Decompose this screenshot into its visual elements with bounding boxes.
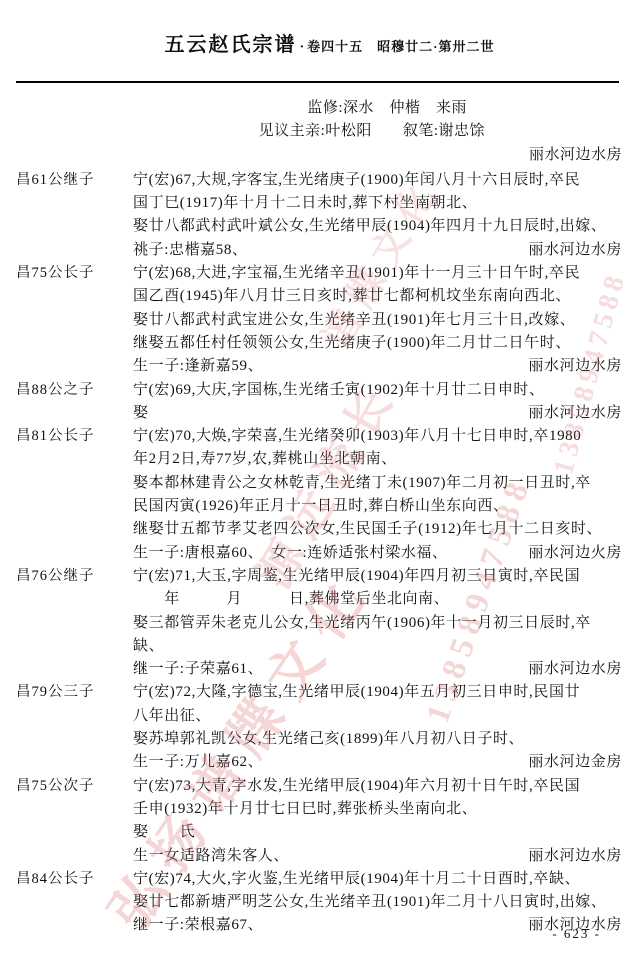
entry-line: 娶廿七都新塘严明芝公女,生光绪辛丑(1901)年二月十八日寅时,出嫁、 <box>133 891 622 914</box>
entry-line-text: 生一子:唐根嘉60、 女一:连娇适张村梁水福、 <box>133 542 448 565</box>
supervisors-line: 监修:深水 仲楷 来雨 <box>0 97 635 120</box>
page-title: 五云赵氏宗谱·卷四十五 昭穆廿二·第卅二世 <box>0 0 635 75</box>
entry-body: 宁(宏)69,大庆,字国栋,生光绪壬寅(1902)年十月廿二日申时、娶丽水河边水… <box>133 379 635 426</box>
entry-row: 昌79公三子 宁(宏)72,大隆,字德宝,生光绪甲辰(1904)年五月初三日申时… <box>0 681 635 774</box>
entry-body: 宁(宏)72,大隆,字德宝,生光绪甲辰(1904)年五月初三日申时,民国廿八年出… <box>133 681 635 774</box>
entry-line: 宁(宏)72,大隆,字德宝,生光绪甲辰(1904)年五月初三日申时,民国廿 <box>133 681 622 704</box>
entry-body: 宁(宏)67,大规,字客宝,生光绪庚子(1900)年闰八月十六日辰时,卒民国丁巳… <box>133 169 635 262</box>
branch-house-line: 丽水河边水房 <box>0 144 635 167</box>
entries: 昌61公继子 宁(宏)67,大规,字客宝,生光绪庚子(1900)年闰八月十六日辰… <box>0 169 635 938</box>
entry-line: 娶本都林建青公之女林乾青,生光绪丁未(1907)年二月初一日丑时,卒 <box>133 472 622 495</box>
header-divider <box>16 81 619 83</box>
entry-row: 昌88公之子 宁(宏)69,大庆,字国栋,生光绪壬寅(1902)年十月廿二日申时… <box>0 379 635 426</box>
entry-line: 民国丙寅(1926)年正月十一日丑时,葬白桥山坐东向西、 <box>133 495 622 518</box>
entry-line: 宁(宏)68,大进,字宝福,生光绪辛丑(1901)年十一月三十日午时,卒民 <box>133 262 622 285</box>
entry-row: 昌61公继子 宁(宏)67,大规,字客宝,生光绪庚子(1900)年闰八月十六日辰… <box>0 169 635 262</box>
house-name: 丽水河边水房 <box>528 355 622 378</box>
entry-label: 昌88公之子 <box>0 379 133 426</box>
entry-row: 昌84公长子 宁(宏)74,大火,字火鉴,生光绪甲辰(1904)年十月二十日酉时… <box>0 868 635 938</box>
entry-line: 年 月 日,葬佛堂后坐北向南、 <box>133 588 622 611</box>
house-name: 丽水河边金房 <box>528 751 622 774</box>
entry-body: 宁(宏)71,大玉,字周鉴,生光绪甲辰(1904)年四月初三日寅时,卒民国 年 … <box>133 565 635 681</box>
genealogy-page: 五云赵氏宗谱·卷四十五 昭穆廿二·第卅二世 监修:深水 仲楷 来雨 见议主亲:叶… <box>0 0 635 968</box>
entry-label: 昌84公长子 <box>0 868 133 938</box>
entry-line: 继一子:子荣嘉61、丽水河边水房 <box>133 658 622 681</box>
entry-body: 宁(宏)74,大火,字火鉴,生光绪甲辰(1904)年十月二十日酉时,卒缺、娶廿七… <box>133 868 635 938</box>
page-title-main: 五云赵氏宗谱 <box>164 34 296 56</box>
entry-line: 生一子:万儿嘉62、丽水河边金房 <box>133 751 622 774</box>
entry-line: 娶廿八都武村武叶斌公女,生光绪甲辰(1904)年四月十九日辰时,出嫁、 <box>133 215 622 238</box>
entry-body: 宁(宏)68,大进,字宝福,生光绪辛丑(1901)年十一月三十日午时,卒民国乙酉… <box>133 262 635 378</box>
entry-label: 昌76公继子 <box>0 565 133 681</box>
entry-line: 娶苏埠郭礼凯公女,生光绪己亥(1899)年八月初八日子时、 <box>133 728 622 751</box>
entry-line-text: 娶 <box>133 402 149 425</box>
page-title-separator: · <box>296 40 307 55</box>
entry-label: 昌79公三子 <box>0 681 133 774</box>
entry-line: 继一子:荣根嘉67、丽水河边水房 <box>133 914 622 937</box>
entry-row: 昌81公长子 宁(宏)70,大焕,字荣喜,生光绪癸卯(1903)年八月十七日申时… <box>0 425 635 565</box>
entry-line: 八年出征、 <box>133 705 622 728</box>
entry-line: 娶廿八都武村武宝进公女,生光绪辛丑(1901)年七月三十日,改嫁、 <box>133 309 622 332</box>
entry-line: 壬申(1932)年十月廿七日巳时,葬张桥头坐南向北、 <box>133 798 622 821</box>
entry-line: 继娶廿五都节孝艾老四公次女,生民国壬子(1912)年七月十二日亥时、 <box>133 518 622 541</box>
entry-line: 年2月2日,寿77岁,农,葬桃山坐北朝南、 <box>133 448 622 471</box>
entry-label: 昌75公长子 <box>0 262 133 378</box>
house-name: 丽水河边火房 <box>528 542 622 565</box>
house-name: 丽水河边水房 <box>528 845 622 868</box>
house-name: 丽水河边水房 <box>528 658 622 681</box>
entry-line: 生一子:逢新嘉59、丽水河边水房 <box>133 355 622 378</box>
entry-row: 昌75公次子 宁(宏)73,大青,字水发,生光绪甲辰(1904)年六月初十日午时… <box>0 775 635 868</box>
entry-line: 宁(宏)70,大焕,字荣喜,生光绪癸卯(1903)年八月十七日申时,卒1980 <box>133 425 622 448</box>
entry-line: 生一女适路湾朱客人、丽水河边水房 <box>133 845 622 868</box>
entry-line: 宁(宏)71,大玉,字周鉴,生光绪甲辰(1904)年四月初三日寅时,卒民国 <box>133 565 622 588</box>
entry-line: 继娶五都任村任领领公女,生光绪庚子(1900)年二月廿二日午时、 <box>133 332 622 355</box>
entry-line-text: 继一子:子荣嘉61、 <box>133 658 263 681</box>
entry-line: 娶三都管弄朱老克儿公女,生光绪丙午(1906)年十一月初三日辰时,卒 <box>133 612 622 635</box>
entry-line-text: 继一子:荣根嘉67、 <box>133 914 263 937</box>
entry-label: 昌81公长子 <box>0 425 133 565</box>
entry-body: 宁(宏)73,大青,字水发,生光绪甲辰(1904)年六月初十日午时,卒民国壬申(… <box>133 775 635 868</box>
entry-line: 国丁巳(1917)年十月十二日未时,葬下村坐南朝北、 <box>133 192 622 215</box>
entry-line-text: 生一子:逢新嘉59、 <box>133 355 263 378</box>
entry-line: 宁(宏)67,大规,字客宝,生光绪庚子(1900)年闰八月十六日辰时,卒民 <box>133 169 622 192</box>
entry-line: 宁(宏)73,大青,字水发,生光绪甲辰(1904)年六月初十日午时,卒民国 <box>133 775 622 798</box>
entry-line: 缺、 <box>133 635 622 658</box>
entry-label: 昌75公次子 <box>0 775 133 868</box>
house-name: 丽水河边水房 <box>528 239 622 262</box>
consultants-line: 见议主亲:叶松阳 叙笔:谢忠馀 <box>0 120 635 143</box>
entry-line-text: 生一女适路湾朱客人、 <box>133 845 289 868</box>
entry-line: 娶丽水河边水房 <box>133 402 622 425</box>
entry-row: 昌75公长子 宁(宏)68,大进,字宝福,生光绪辛丑(1901)年十一月三十日午… <box>0 262 635 378</box>
entry-row: 昌76公继子 宁(宏)71,大玉,字周鉴,生光绪甲辰(1904)年四月初三日寅时… <box>0 565 635 681</box>
page-title-sub: 卷四十五 昭穆廿二·第卅二世 <box>307 39 494 54</box>
entry-line: 宁(宏)74,大火,字火鉴,生光绪甲辰(1904)年十月二十日酉时,卒缺、 <box>133 868 622 891</box>
entry-line: 宁(宏)69,大庆,字国栋,生光绪壬寅(1902)年十月廿二日申时、 <box>133 379 622 402</box>
entry-line: 娶 氏 <box>133 821 622 844</box>
house-name: 丽水河边水房 <box>528 402 622 425</box>
house-name: 丽水河边水房 <box>528 914 622 937</box>
entry-body: 宁(宏)70,大焕,字荣喜,生光绪癸卯(1903)年八月十七日申时,卒1980年… <box>133 425 635 565</box>
entry-line-text: 祧子:忠楷嘉58、 <box>133 239 248 262</box>
entry-line: 国乙酉(1945)年八月廿三日亥时,葬廿七都柯机坟坐东南向西北、 <box>133 285 622 308</box>
entry-line: 生一子:唐根嘉60、 女一:连娇适张村梁水福、丽水河边火房 <box>133 542 622 565</box>
entry-line-text: 生一子:万儿嘉62、 <box>133 751 263 774</box>
entry-line: 祧子:忠楷嘉58、丽水河边水房 <box>133 239 622 262</box>
entry-label: 昌61公继子 <box>0 169 133 262</box>
